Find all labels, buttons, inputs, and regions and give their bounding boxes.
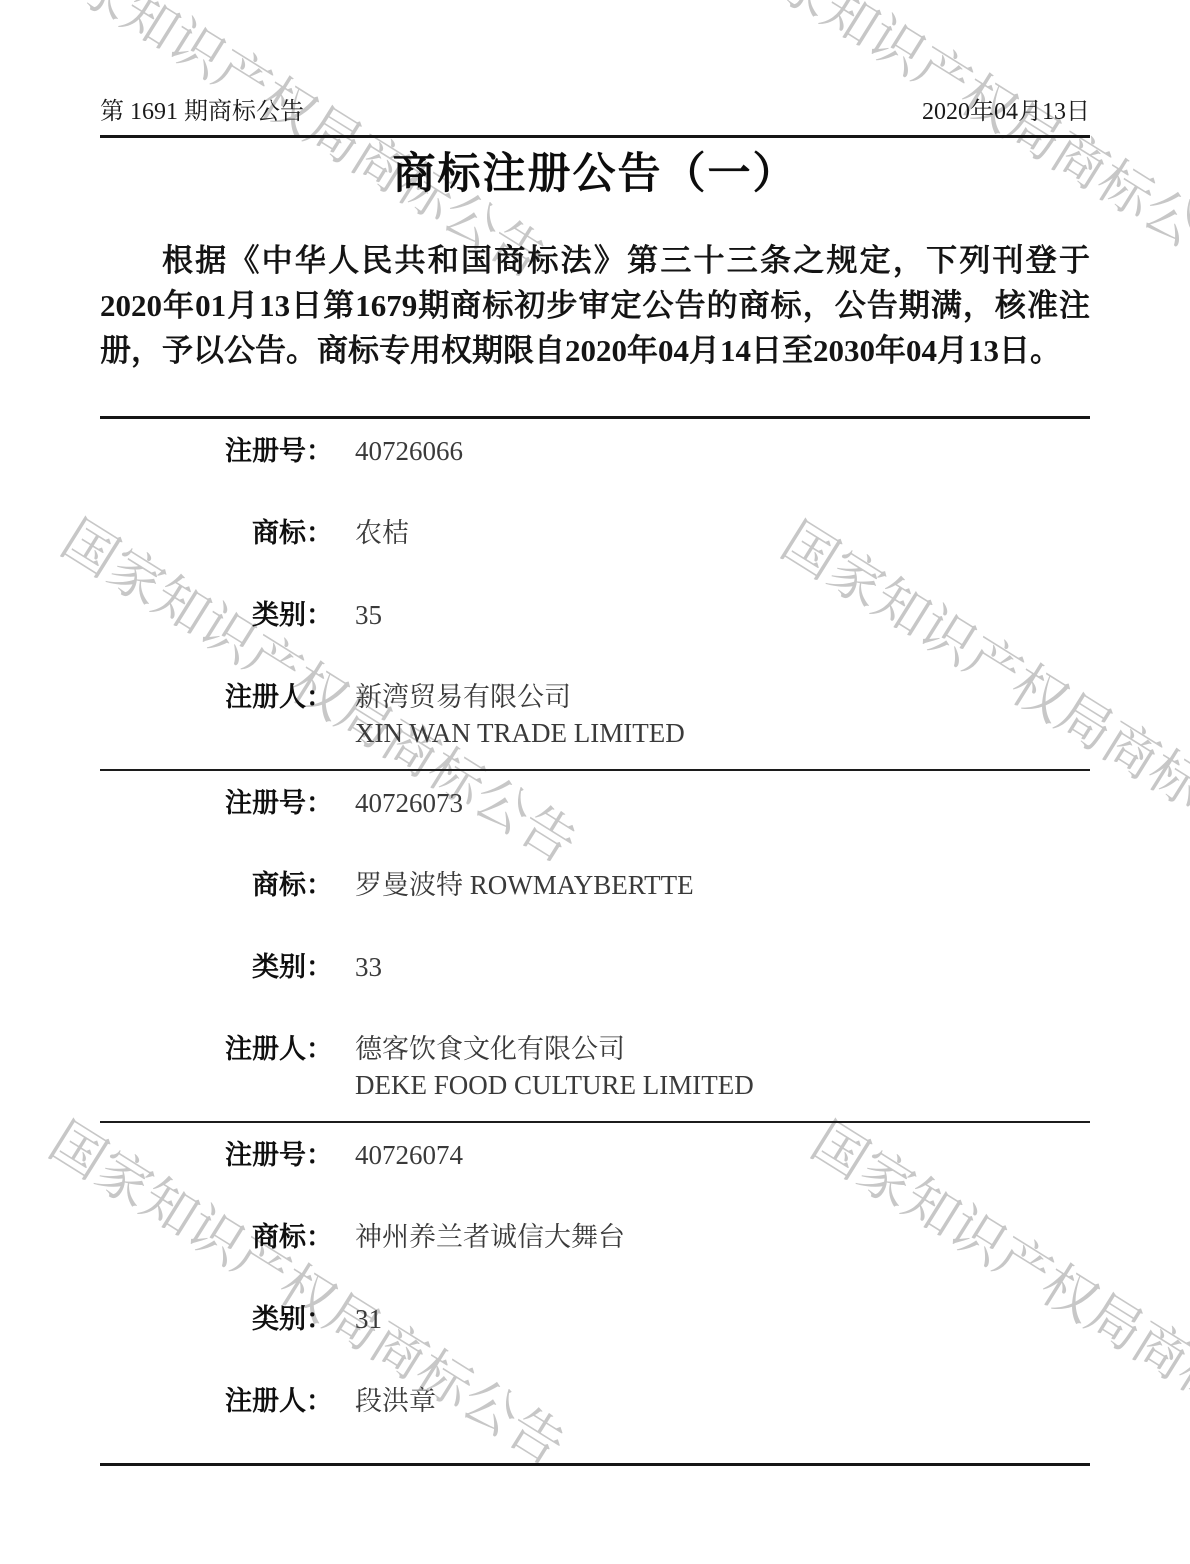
class-label: 类别： [100,597,333,633]
registrant-row: 注册人： 新湾贸易有限公司 XIN WAN TRADE LIMITED [100,679,1090,751]
entry-separator [100,769,1090,771]
trademark-value: 神州养兰者诚信大舞台 [355,1219,625,1255]
reg-no-label: 注册号： [100,785,333,821]
class-row: 类别： 31 [100,1301,1090,1337]
registrant-value: 德客饮食文化有限公司 DEKE FOOD CULTURE LIMITED [355,1031,754,1103]
class-value: 35 [355,597,382,633]
registrant-name-cn: 新湾贸易有限公司 [355,682,571,712]
trademark-label: 商标： [100,515,333,551]
registrant-name-en: XIN WAN TRADE LIMITED [355,715,685,751]
registrant-row: 注册人： 德客饮食文化有限公司 DEKE FOOD CULTURE LIMITE… [100,1031,1090,1103]
reg-no-value: 40726066 [355,433,463,469]
registrant-label: 注册人： [100,1031,333,1103]
registrant-label: 注册人： [100,1383,333,1419]
class-row: 类别： 33 [100,949,1090,985]
trademark-entry-2: 注册号： 40726073 商标： 罗曼波特 ROWMAYBERTTE 类别： … [100,785,1090,1103]
header-rule [100,135,1090,138]
trademark-row: 商标： 神州养兰者诚信大舞台 [100,1219,1090,1255]
reg-no-row: 注册号： 40726066 [100,433,1090,469]
class-value: 31 [355,1301,382,1337]
registrant-name-cn: 德客饮食文化有限公司 [355,1034,625,1064]
registrant-value: 新湾贸易有限公司 XIN WAN TRADE LIMITED [355,679,685,751]
trademark-label: 商标： [100,1219,333,1255]
trademark-row: 商标： 农桔 [100,515,1090,551]
class-label: 类别： [100,949,333,985]
trademark-value: 罗曼波特 ROWMAYBERTTE [355,867,694,903]
registrant-value: 段洪章 [355,1383,436,1419]
bottom-rule [100,1463,1090,1466]
trademark-entry-3: 注册号： 40726074 商标： 神州养兰者诚信大舞台 类别： 31 注册人：… [100,1137,1090,1419]
header-date: 2020年04月13日 [922,98,1090,126]
announcement-page: 国家知识产权局商标公告 国家知识产权局商标公告 国家知识产权局商标公告 国家知识… [0,0,1190,1564]
entry-separator [100,1121,1090,1123]
reg-no-value: 40726073 [355,785,463,821]
reg-no-label: 注册号： [100,433,333,469]
reg-no-label: 注册号： [100,1137,333,1173]
trademark-entry-1: 注册号： 40726066 商标： 农桔 类别： 35 注册人： 新湾贸易有限公… [100,433,1090,751]
reg-no-value: 40726074 [355,1137,463,1173]
trademark-row: 商标： 罗曼波特 ROWMAYBERTTE [100,867,1090,903]
page-header: 第 1691 期商标公告 2020年04月13日 [100,0,1090,126]
registrant-row: 注册人： 段洪章 [100,1383,1090,1419]
reg-no-row: 注册号： 40726073 [100,785,1090,821]
class-row: 类别： 35 [100,597,1090,633]
issue-title: 第 1691 期商标公告 [100,98,304,126]
registrant-name-cn: 段洪章 [355,1386,436,1416]
entry-separator [100,416,1090,419]
intro-paragraph: 根据《中华人民共和国商标法》第三十三条之规定，下列刊登于2020年01月13日第… [100,238,1090,373]
class-label: 类别： [100,1301,333,1337]
trademark-value: 农桔 [355,515,409,551]
reg-no-row: 注册号： 40726074 [100,1137,1090,1173]
class-value: 33 [355,949,382,985]
registrant-label: 注册人： [100,679,333,751]
trademark-label: 商标： [100,867,333,903]
doc-title: 商标注册公告（一） [100,148,1090,202]
registrant-name-en: DEKE FOOD CULTURE LIMITED [355,1067,754,1103]
page-content: 第 1691 期商标公告 2020年04月13日 商标注册公告（一） 根据《中华… [100,0,1090,1466]
